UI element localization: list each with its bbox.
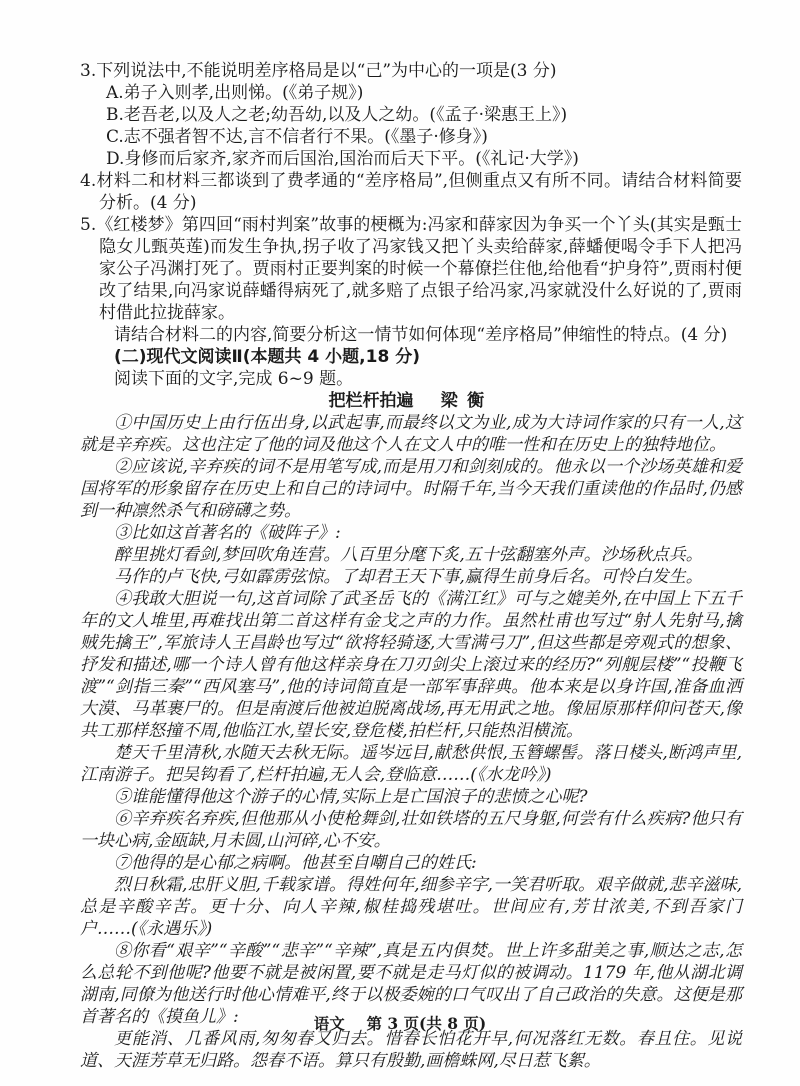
question-5-task: 请结合材料二的内容,简要分析这一情节如何体现“差序格局”伸缩性的特点。(4 分) xyxy=(80,324,742,346)
question-3-option-a: A.弟子入则孝,出则悌。(《弟子规》) xyxy=(80,82,742,104)
question-3-option-c: C.志不强者智不达,言不信者行不果。(《墨子·修身》) xyxy=(80,126,742,148)
section-heading: (二)现代文阅读Ⅱ(本题共 4 小题,18 分) xyxy=(80,346,742,368)
essay-paragraph-4: ④我敢大胆说一句,这首词除了武圣岳飞的《满江红》可与之媲美外,在中国上下五千年的… xyxy=(80,588,742,742)
poem-pozhenzi-line-1: 醉里挑灯看剑,梦回吹角连营。八百里分麾下炙,五十弦翻塞外声。沙场秋点兵。 xyxy=(80,544,742,566)
reading-instruction: 阅读下面的文字,完成 6~9 题。 xyxy=(80,368,742,390)
essay-paragraph-3: ③比如这首著名的《破阵子》: xyxy=(80,522,742,544)
question-5: 5.《红楼梦》第四回“雨村判案”故事的梗概为:冯家和薛家因为争买一个丫头(其实是… xyxy=(80,214,742,324)
page-footer: 语文第 3 页(共 8 页) xyxy=(0,1012,800,1034)
question-3-option-d: D.身修而后家齐,家齐而后国治,国治而后天下平。(《礼记·大学》) xyxy=(80,148,742,170)
footer-subject-label: 语文 xyxy=(314,1015,345,1033)
essay-paragraph-5: ⑤谁能懂得他这个游子的心情,实际上是亡国浪子的悲愤之心呢? xyxy=(80,786,742,808)
essay-paragraph-7: ⑦他得的是心郁之病啊。他甚至自嘲自己的姓氏: xyxy=(80,852,742,874)
question-4: 4.材料二和材料三都谈到了费孝通的“差序格局”,但侧重点又有所不同。请结合材料简… xyxy=(80,170,742,214)
document-body: 3.下列说法中,不能说明差序格局是以“己”为中心的一项是(3 分)A.弟子入则孝… xyxy=(80,60,742,1072)
poem-pozhenzi-line-2: 马作的卢飞快,弓如霹雳弦惊。了却君王天下事,赢得生前身后名。可怜白发生。 xyxy=(80,566,742,588)
exam-page-sheet: 3.下列说法中,不能说明差序格局是以“己”为中心的一项是(3 分)A.弟子入则孝… xyxy=(0,0,800,1086)
essay-paragraph-1: ①中国历史上由行伍出身,以武起事,而最终以文为业,成为大诗词作家的只有一人,这就… xyxy=(80,412,742,456)
essay-title-text: 把栏杆拍遍 xyxy=(329,391,414,411)
question-3-option-b: B.老吾老,以及人之老;幼吾幼,以及人之幼。(《孟子·梁惠王上》) xyxy=(80,104,742,126)
essay-title-line: 把栏杆拍遍梁衡 xyxy=(80,390,742,412)
poem-moyuer: 更能消、几番风雨,匆匆春又归去。惜春长怕花开早,何况落红无数。春且住。见说道、天… xyxy=(80,1028,742,1072)
essay-author: 梁衡 xyxy=(441,391,494,411)
poem-shuilongyin: 楚天千里清秋,水随天去秋无际。遥岑远目,献愁供恨,玉簪螺髻。落日楼头,断鸿声里,… xyxy=(80,742,742,786)
essay-paragraph-2: ②应该说,辛弃疾的词不是用笔写成,而是用刀和剑刻成的。他永以一个沙场英雄和爱国将… xyxy=(80,456,742,522)
essay-paragraph-6: ⑥辛弃疾名弃疾,但他那从小使枪舞剑,壮如铁塔的五尺身躯,何尝有什么疾病?他只有一… xyxy=(80,808,742,852)
poem-yongyule: 烈日秋霜,忠肝义胆,千载家谱。得姓何年,细参辛字,一笑君听取。艰辛做就,悲辛滋味… xyxy=(80,874,742,940)
footer-page-number: 第 3 页(共 8 页) xyxy=(366,1014,486,1033)
question-3: 3.下列说法中,不能说明差序格局是以“己”为中心的一项是(3 分) xyxy=(80,60,742,82)
